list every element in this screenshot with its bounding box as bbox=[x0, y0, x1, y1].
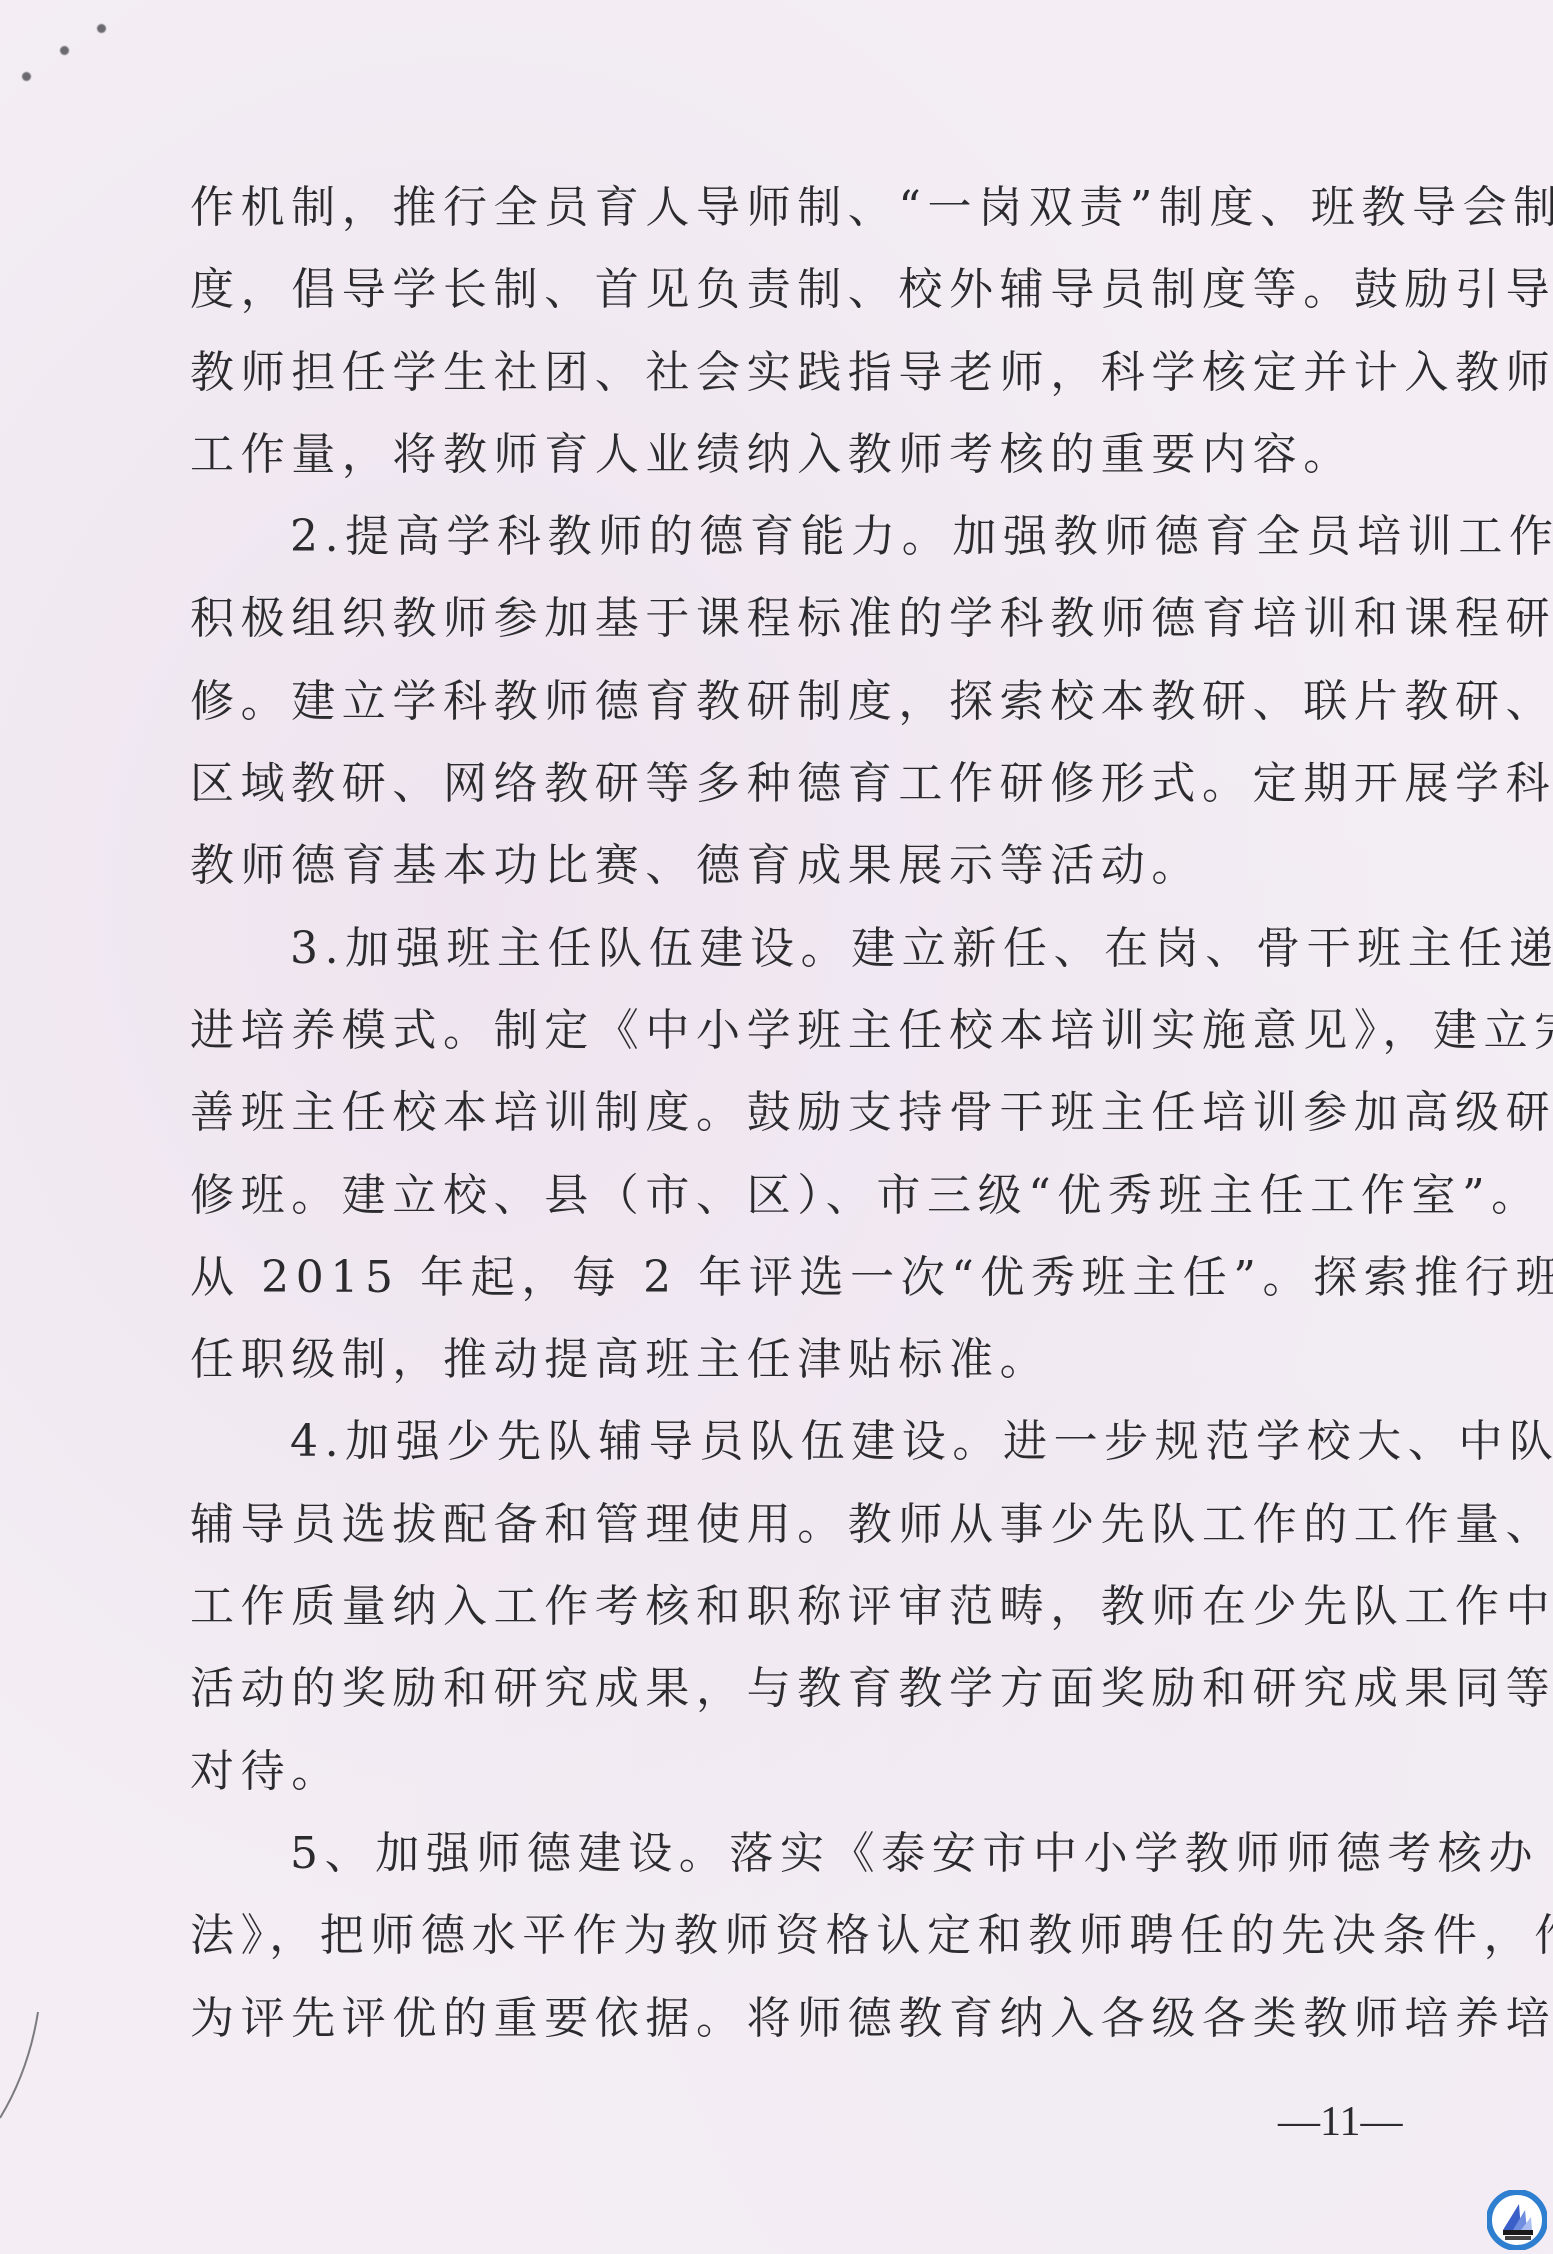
text-line: 进培养模式。制定《中小学班主任校本培训实施意见》，建立完 bbox=[190, 1001, 1405, 1083]
text-line: 工作质量纳入工作考核和职称评审范畴，教师在少先队工作中 bbox=[190, 1577, 1405, 1659]
text-line: 区域教研、网络教研等多种德育工作研修形式。定期开展学科 bbox=[190, 754, 1405, 836]
text-line: 法》，把师德水平作为教师资格认定和教师聘任的先决条件，作 bbox=[190, 1906, 1405, 1988]
page-number: —11— bbox=[1278, 2098, 1402, 2146]
paragraph-item-4: 4.加强少先队辅导员队伍建设。进一步规范学校大、中队 辅导员选拔配备和管理使用。… bbox=[190, 1412, 1405, 1823]
scan-dot bbox=[60, 46, 69, 55]
text-line: 作机制，推行全员育人导师制、“一岗双责”制度、班教导会制 bbox=[190, 178, 1405, 260]
text-line: 任职级制，推动提高班主任津贴标准。 bbox=[190, 1330, 1405, 1412]
paragraph-item-3: 3.加强班主任队伍建设。建立新任、在岗、骨干班主任递 进培养模式。制定《中小学班… bbox=[190, 919, 1405, 1413]
paragraph-item-2: 2.提高学科教师的德育能力。加强教师德育全员培训工作， 积极组织教师参加基于课程… bbox=[190, 507, 1405, 918]
text-line: 修班。建立校、县（市、区）、市三级“优秀班主任工作室”。 bbox=[190, 1166, 1405, 1248]
document-body: 作机制，推行全员育人导师制、“一岗双责”制度、班教导会制 度，倡导学长制、首见负… bbox=[190, 178, 1405, 2071]
text-line: 善班主任校本培训制度。鼓励支持骨干班主任培训参加高级研 bbox=[190, 1083, 1405, 1165]
pen-stroke-mark bbox=[0, 2010, 44, 2120]
text-line: 修。建立学科教师德育教研制度，探索校本教研、联片教研、 bbox=[190, 672, 1405, 754]
text-line: 辅导员选拔配备和管理使用。教师从事少先队工作的工作量、 bbox=[190, 1495, 1405, 1577]
text-line: 5、加强师德建设。落实《泰安市中小学教师师德考核办 bbox=[190, 1824, 1405, 1906]
text-line: 教师德育基本功比赛、德育成果展示等活动。 bbox=[190, 836, 1405, 918]
text-line: 为评先评优的重要依据。将师德教育纳入各级各类教师培养培 bbox=[190, 1989, 1405, 2071]
scan-artifact-dots bbox=[18, 20, 118, 80]
text-line: 从 2015 年起，每 2 年评选一次“优秀班主任”。探索推行班主 bbox=[190, 1248, 1405, 1330]
text-line: 度，倡导学长制、首见负责制、校外辅导员制度等。鼓励引导 bbox=[190, 260, 1405, 342]
scan-dot bbox=[22, 72, 31, 81]
paragraph-continuation: 作机制，推行全员育人导师制、“一岗双责”制度、班教导会制 度，倡导学长制、首见负… bbox=[190, 178, 1405, 507]
text-line: 工作量，将教师育人业绩纳入教师考核的重要内容。 bbox=[190, 425, 1405, 507]
text-line: 活动的奖励和研究成果，与教育教学方面奖励和研究成果同等 bbox=[190, 1659, 1405, 1741]
text-line: 教师担任学生社团、社会实践指导老师，科学核定并计入教师 bbox=[190, 343, 1405, 425]
text-line: 4.加强少先队辅导员队伍建设。进一步规范学校大、中队 bbox=[190, 1412, 1405, 1494]
paragraph-item-5: 5、加强师德建设。落实《泰安市中小学教师师德考核办 法》，把师德水平作为教师资格… bbox=[190, 1824, 1405, 2071]
scan-dot bbox=[97, 24, 106, 33]
text-line: 3.加强班主任队伍建设。建立新任、在岗、骨干班主任递 bbox=[190, 919, 1405, 1001]
text-line: 积极组织教师参加基于课程标准的学科教师德育培训和课程研 bbox=[190, 589, 1405, 671]
school-seal-icon bbox=[1487, 2190, 1547, 2250]
text-line: 2.提高学科教师的德育能力。加强教师德育全员培训工作， bbox=[190, 507, 1405, 589]
text-line: 对待。 bbox=[190, 1742, 1405, 1824]
